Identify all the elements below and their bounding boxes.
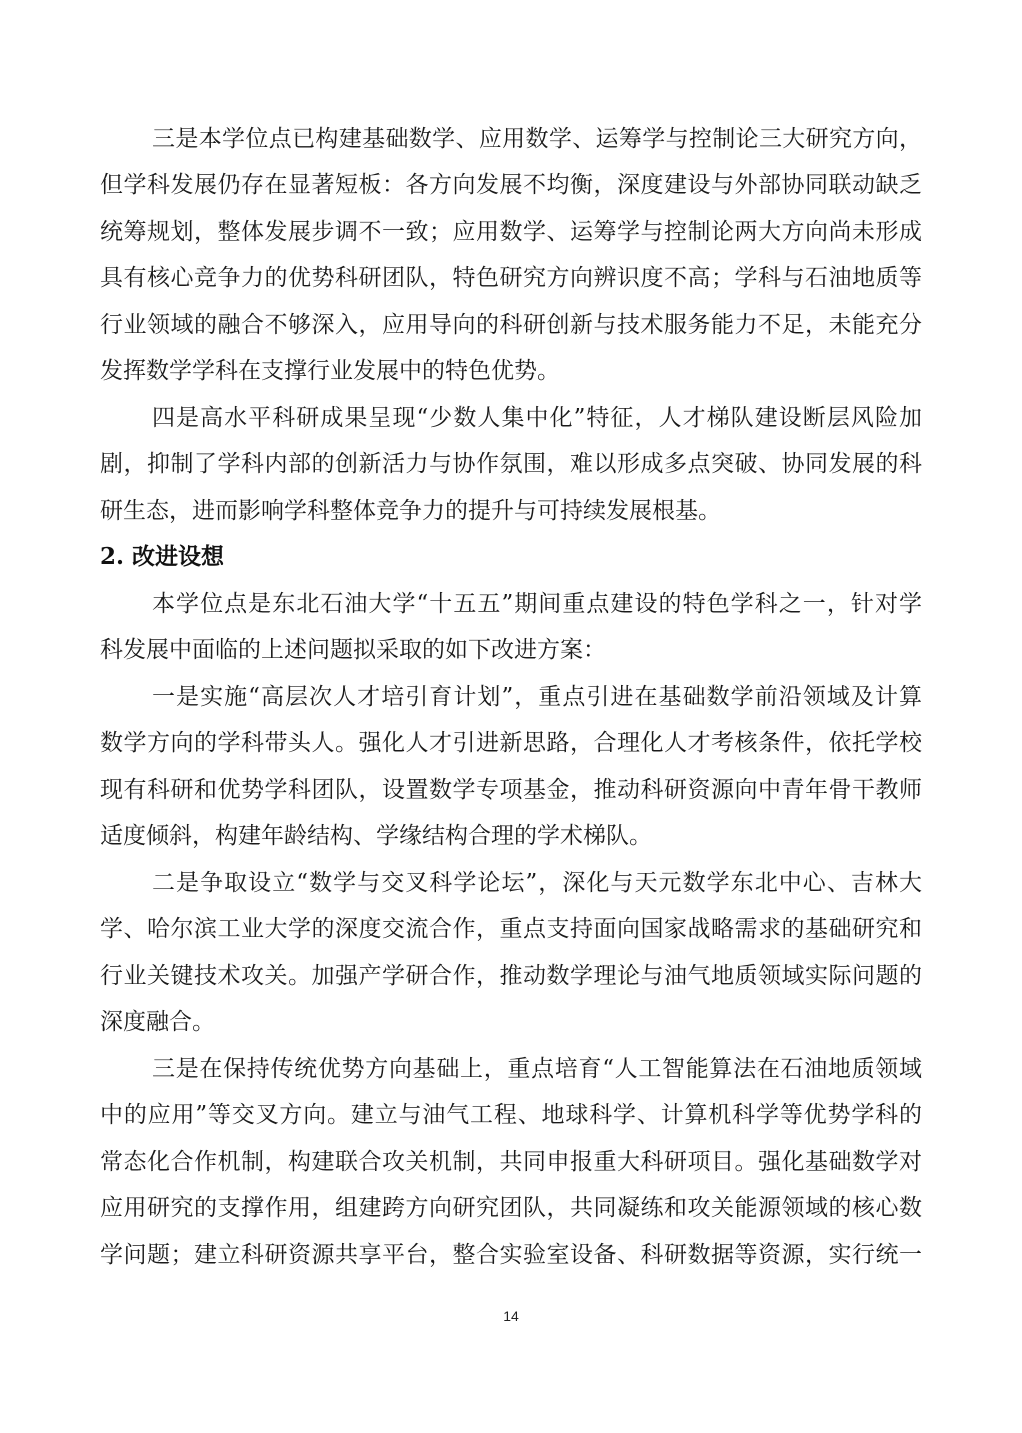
paragraph-line: 本学位点是东北石油大学“十五五”期间重点建设的特色学科之一，针对学 [152,589,922,619]
paragraph-line: 二是争取设立“数学与交叉科学论坛”，深化与天元数学东北中心、吉林大 [152,868,922,898]
paragraph-line: 学、哈尔滨工业大学的深度交流合作，重点支持面向国家战略需求的基础研究和 [100,914,922,944]
paragraph-line: 行业领域的融合不够深入，应用导向的科研创新与技术服务能力不足，未能充分 [100,310,922,340]
paragraph-line: 学问题；建立科研资源共享平台，整合实验室设备、科研数据等资源，实行统一 [100,1240,922,1270]
paragraph-line: 中的应用”等交叉方向。建立与油气工程、地球科学、计算机科学等优势学科的 [100,1100,922,1130]
paragraph-line: 一是实施“高层次人才培引育计划”，重点引进在基础数学前沿领域及计算 [152,682,922,712]
paragraph-line: 常态化合作机制，构建联合攻关机制，共同申报重大科研项目。强化基础数学对 [100,1147,922,1177]
paragraph-line: 研生态，进而影响学科整体竞争力的提升与可持续发展根基。 [100,496,922,526]
paragraph-line: 行业关键技术攻关。加强产学研合作，推动数学理论与油气地质领域实际问题的 [100,961,922,991]
paragraph-line: 适度倾斜，构建年龄结构、学缘结构合理的学术梯队。 [100,821,922,851]
paragraph-line: 但学科发展仍存在显著短板：各方向发展不均衡，深度建设与外部协同联动缺乏 [100,170,922,200]
paragraph-line: 数学方向的学科带头人。强化人才引进新思路，合理化人才考核条件，依托学校 [100,728,922,758]
paragraph-line: 三是本学位点已构建基础数学、应用数学、运筹学与控制论三大研究方向， [152,124,922,154]
paragraph-line: 科发展中面临的上述问题拟采取的如下改进方案： [100,635,922,665]
paragraph-line: 现有科研和优势学科团队，设置数学专项基金，推动科研资源向中青年骨干教师 [100,775,922,805]
paragraph-line: 四是高水平科研成果呈现“少数人集中化”特征，人才梯队建设断层风险加 [152,403,922,433]
paragraph-line: 具有核心竞争力的优势科研团队，特色研究方向辨识度不高；学科与石油地质等 [100,263,922,293]
paragraph-line: 三是在保持传统优势方向基础上，重点培育“人工智能算法在石油地质领域 [152,1054,922,1084]
paragraph-line: 应用研究的支撑作用，组建跨方向研究团队，共同凝练和攻关能源领域的核心数 [100,1193,922,1223]
paragraph-line: 深度融合。 [100,1007,922,1037]
page-number: 14 [0,1308,1022,1324]
paragraph-line: 发挥数学学科在支撑行业发展中的特色优势。 [100,356,922,386]
paragraph-line: 剧，抑制了学科内部的创新活力与协作氛围，难以形成多点突破、协同发展的科 [100,449,922,479]
document-page: 三是本学位点已构建基础数学、应用数学、运筹学与控制论三大研究方向， 但学科发展仍… [0,0,1022,1433]
paragraph-line: 统筹规划，整体发展步调不一致；应用数学、运筹学与控制论两大方向尚未形成 [100,217,922,247]
section-heading: 2. 改进设想 [100,542,224,572]
